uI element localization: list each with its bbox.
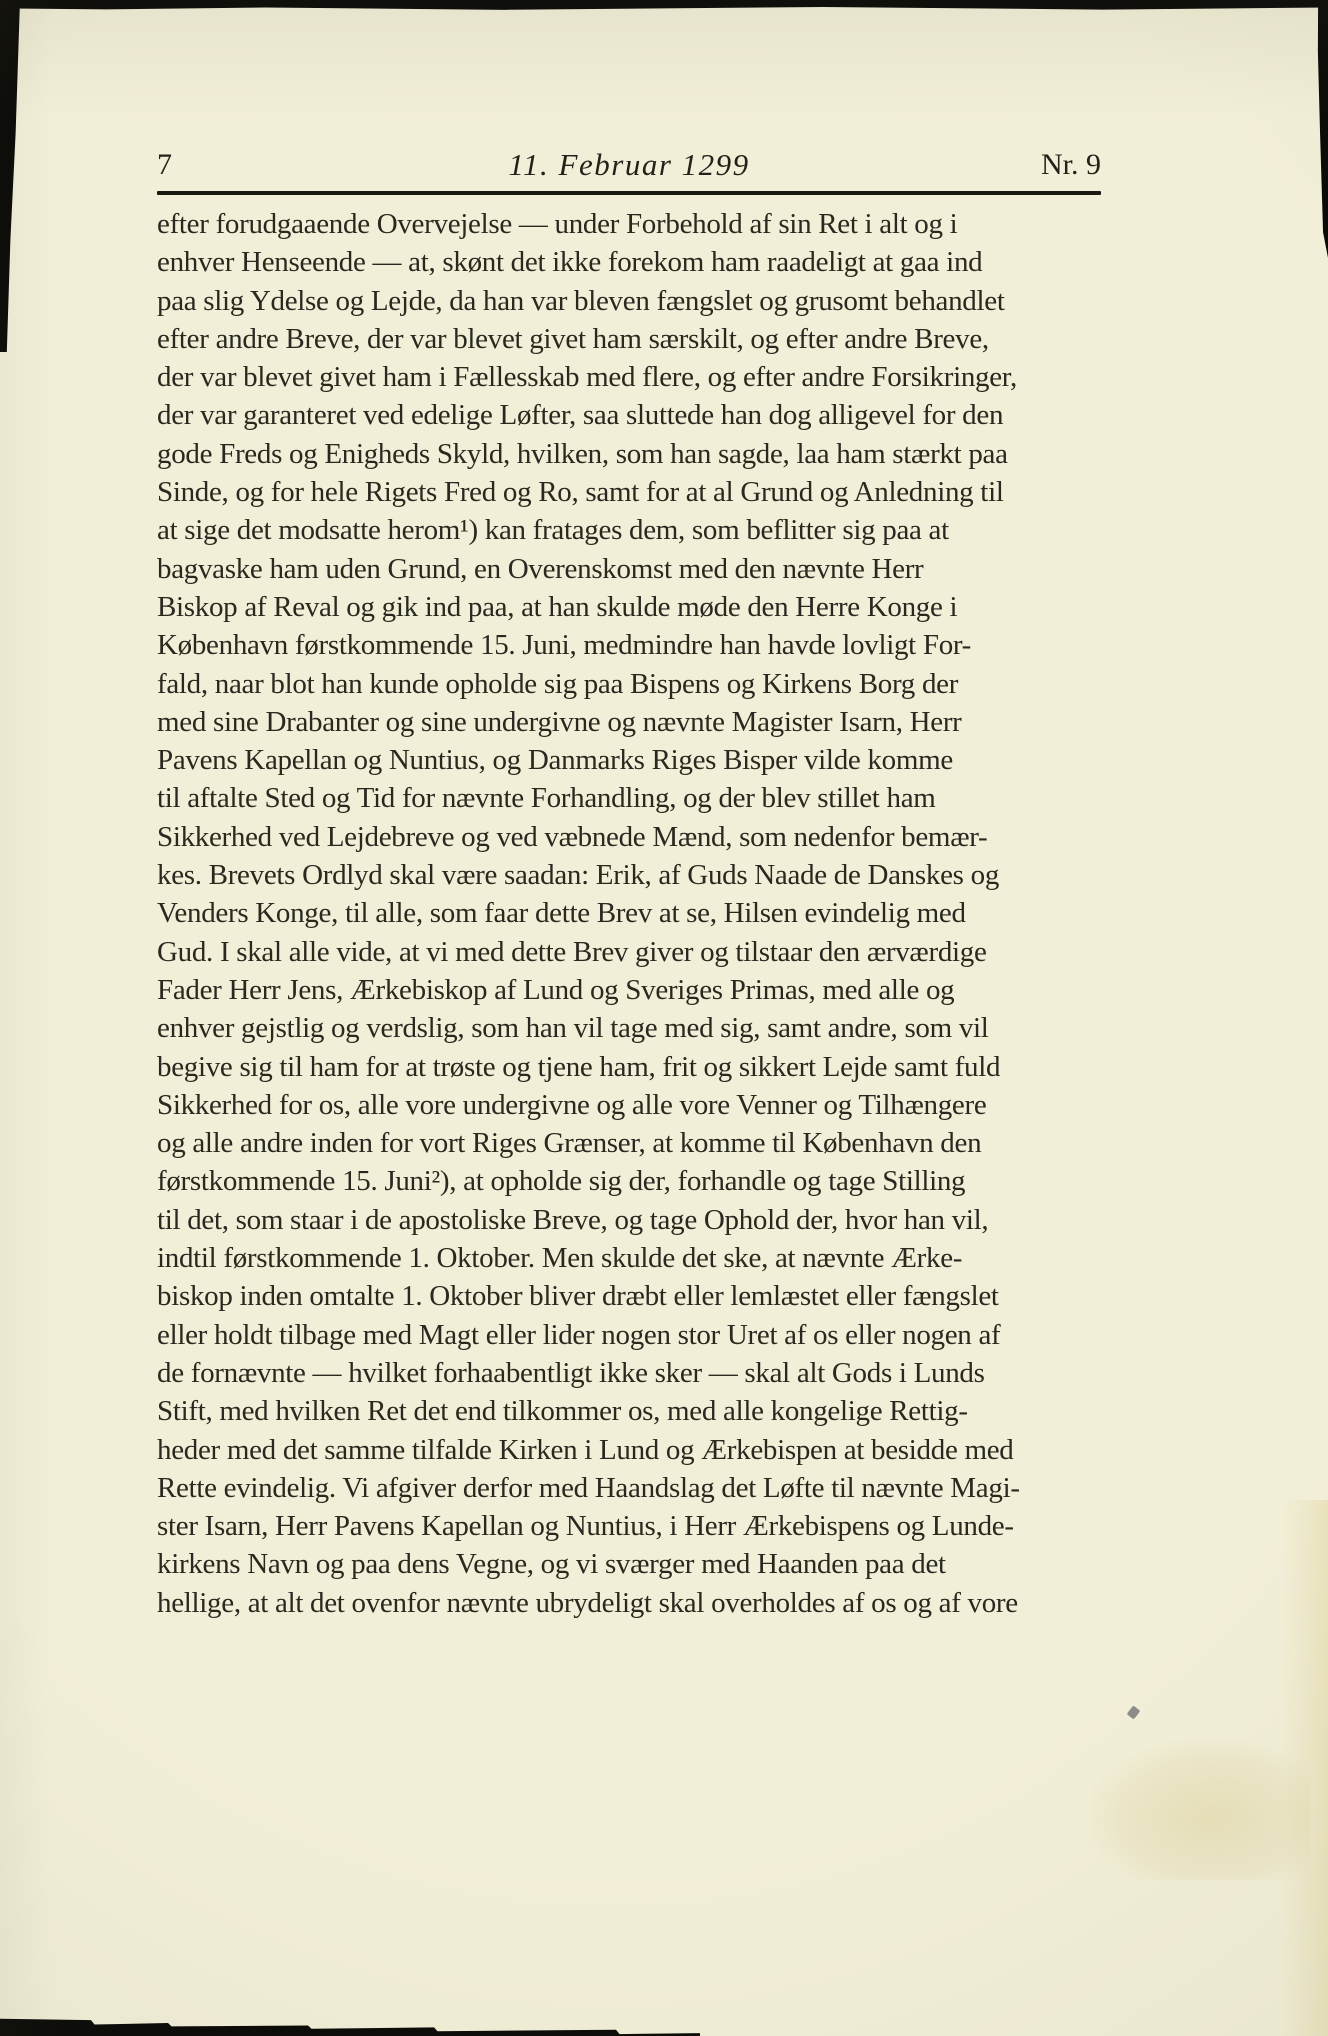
text-line: Rette evindelig. Vi afgiver derfor med H… [157,1469,1100,1507]
text-line: bagvaske ham uden Grund, en Overenskomst… [157,550,1100,588]
text-line: efter forudgaaende Overvejelse — under F… [157,205,1100,243]
text-line: Sinde, og for hele Rigets Fred og Ro, sa… [157,473,1100,511]
text-line: der var blevet givet ham i Fællesskab me… [157,358,1100,396]
scan-border-top [0,0,1328,12]
scan-border-bottom [0,2012,700,2036]
text-line: efter andre Breve, der var blevet givet … [157,320,1100,358]
text-line: til det, som staar i de apostoliske Brev… [157,1201,1100,1239]
text-line: indtil førstkommende 1. Oktober. Men sku… [157,1239,1100,1277]
text-line: paa slig Ydelse og Lejde, da han var ble… [157,282,1100,320]
scan-border-right [1317,0,1328,258]
text-line: Stift, med hvilken Ret det end tilkommer… [157,1392,1100,1430]
scan-stain-edge [1282,1500,1328,2036]
text-line: Sikkerhed ved Lejdebreve og ved væbnede … [157,818,1100,856]
header-rule [157,191,1101,195]
text-line: Venders Konge, til alle, som faar dette … [157,894,1100,932]
body-text: efter forudgaaende Overvejelse — under F… [157,205,1100,1622]
scan-stain [1090,1740,1310,1880]
text-line: fald, naar blot han kunde opholde sig pa… [157,665,1100,703]
text-line: med sine Drabanter og sine undergivne og… [157,703,1100,741]
text-line: førstkommende 15. Juni²), at opholde sig… [157,1162,1100,1200]
text-line: enhver Henseende — at, skønt det ikke fo… [157,243,1100,281]
scan-speck [1127,1705,1141,1719]
text-line: Fader Herr Jens, Ærkebiskop af Lund og S… [157,971,1100,1009]
issue-number: Nr. 9 [1041,142,1101,188]
scan-border-left [0,0,20,352]
text-line: enhver gejstlig og verdslig, som han vil… [157,1009,1100,1047]
text-line: til aftalte Sted og Tid for nævnte Forha… [157,779,1100,817]
header-date: 11. Februar 1299 [157,142,1101,188]
text-line: begive sig til ham for at trøste og tjen… [157,1048,1100,1086]
text-line: Gud. I skal alle vide, at vi med dette B… [157,933,1100,971]
text-line: heder med det samme tilfalde Kirken i Lu… [157,1431,1100,1469]
text-line: hellige, at alt det ovenfor nævnte ubryd… [157,1584,1100,1622]
text-line: der var garanteret ved edelige Løfter, s… [157,396,1100,434]
text-line: Pavens Kapellan og Nuntius, og Danmarks … [157,741,1100,779]
text-line: at sige det modsatte herom¹) kan fratage… [157,511,1100,549]
text-line: eller holdt tilbage med Magt eller lider… [157,1316,1100,1354]
text-line: og alle andre inden for vort Riges Græns… [157,1124,1100,1162]
text-line: kes. Brevets Ordlyd skal være saadan: Er… [157,856,1100,894]
text-line: Biskop af Reval og gik ind paa, at han s… [157,588,1100,626]
text-line: gode Freds og Enigheds Skyld, hvilken, s… [157,435,1100,473]
text-line: kirkens Navn og paa dens Vegne, og vi sv… [157,1545,1100,1583]
text-line: de fornævnte — hvilket forhaabentligt ik… [157,1354,1100,1392]
text-line: Sikkerhed for os, alle vore undergivne o… [157,1086,1100,1124]
text-line: biskop inden omtalte 1. Oktober bliver d… [157,1277,1100,1315]
text-line: ster Isarn, Herr Pavens Kapellan og Nunt… [157,1507,1100,1545]
page-header: 7 11. Februar 1299 Nr. 9 [157,142,1101,188]
text-line: København førstkommende 15. Juni, medmin… [157,626,1100,664]
